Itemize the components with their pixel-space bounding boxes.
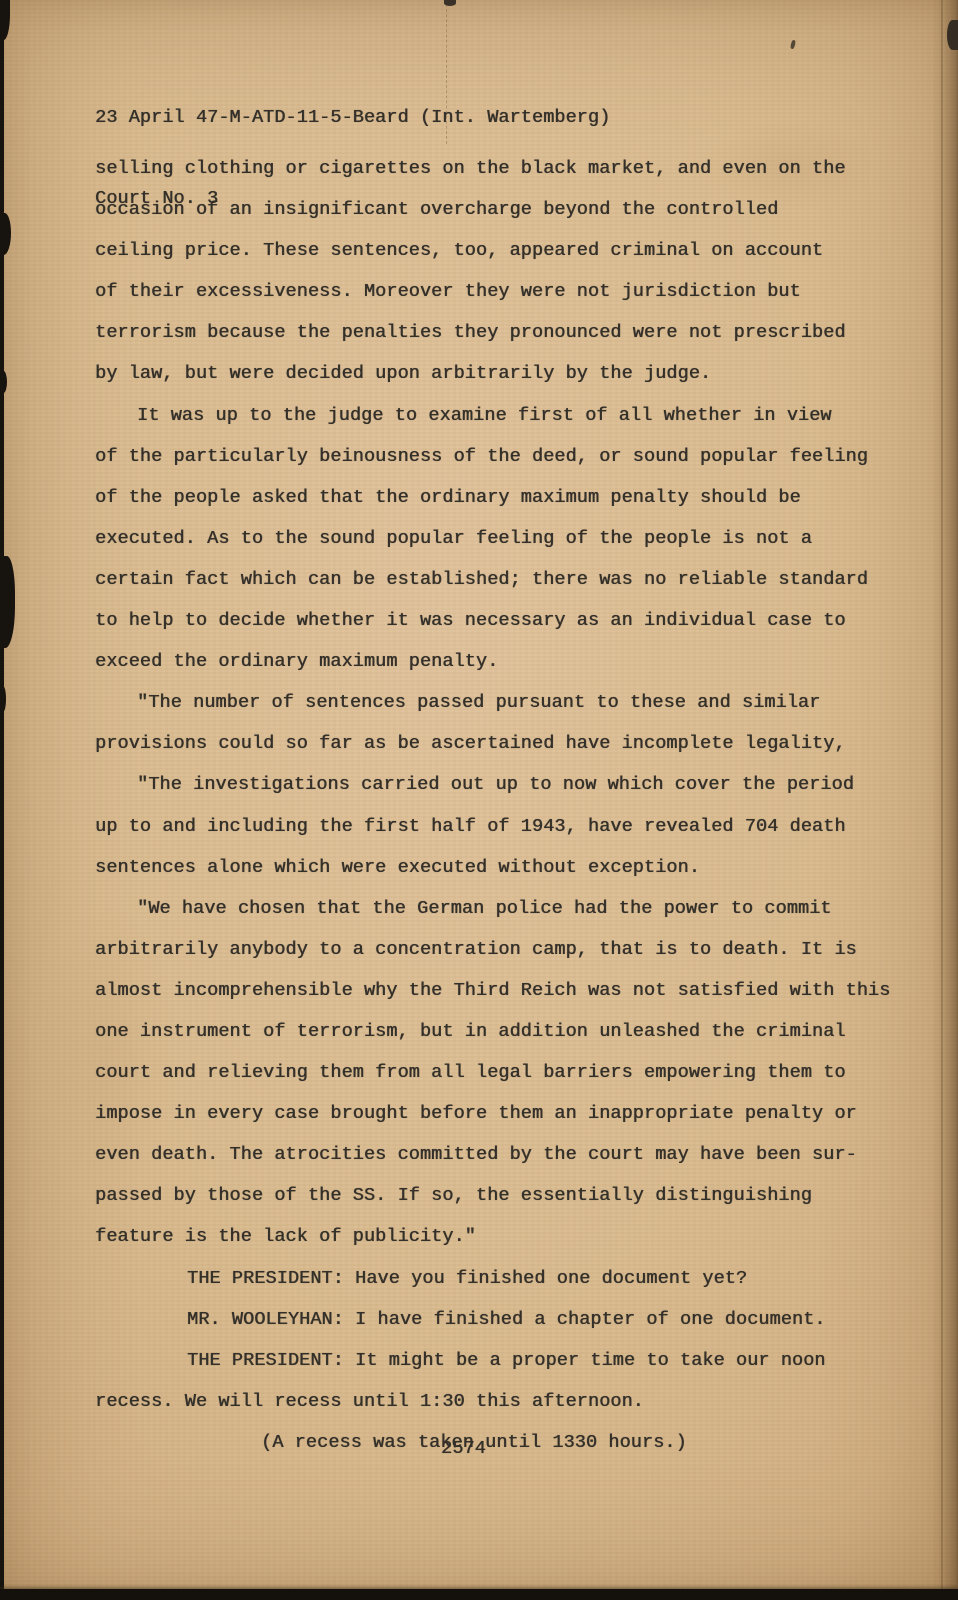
- typed-line: exceed the ordinary maximum penalty.: [95, 641, 890, 682]
- typed-line: even death. The atrocities committed by …: [95, 1134, 890, 1175]
- typed-line: provisions could so far as be ascertaine…: [95, 723, 890, 764]
- typed-line: up to and including the first half of 19…: [95, 806, 890, 847]
- typed-line: recess. We will recess until 1:30 this a…: [95, 1381, 890, 1422]
- typed-line: executed. As to the sound popular feelin…: [95, 518, 890, 559]
- typed-line: "The investigations carried out up to no…: [95, 764, 890, 805]
- typed-line: THE PRESIDENT: It might be a proper time…: [95, 1340, 890, 1381]
- ink-blob: [0, 371, 7, 393]
- typed-line: by law, but were decided upon arbitraril…: [95, 353, 890, 394]
- typed-line: It was up to the judge to examine first …: [95, 395, 890, 436]
- typed-line: to help to decide whether it was necessa…: [95, 600, 890, 641]
- typed-lines: selling clothing or cigarettes on the bl…: [95, 148, 890, 1463]
- typed-line: passed by those of the SS. If so, the es…: [95, 1175, 890, 1216]
- typed-line: of the particularly beinousness of the d…: [95, 436, 890, 477]
- page-number: 2574: [441, 1438, 486, 1459]
- scan-corner-mark: [0, 0, 10, 40]
- typed-line: "The number of sentences passed pursuant…: [95, 682, 890, 723]
- typed-line: feature is the lack of publicity.": [95, 1216, 890, 1257]
- typed-line: occasion of an insignificant overcharge …: [95, 189, 890, 230]
- typed-line: THE PRESIDENT: Have you finished one doc…: [95, 1258, 890, 1299]
- typed-line: ceiling price. These sentences, too, app…: [95, 230, 890, 271]
- typed-line: arbitrarily anybody to a concentration c…: [95, 929, 890, 970]
- ink-speck: [444, 0, 456, 6]
- typed-line: (A recess was taken until 1330 hours.): [95, 1422, 890, 1463]
- typed-line: terrorism because the penalties they pro…: [95, 312, 890, 353]
- typed-line: almost incomprehensible why the Third Re…: [95, 970, 890, 1011]
- ink-blob: [0, 686, 6, 712]
- typed-line: selling clothing or cigarettes on the bl…: [95, 148, 890, 189]
- typed-line: impose in every case brought before them…: [95, 1093, 890, 1134]
- header-dateline: 23 April 47-M-ATD-11-5-Beard (Int. Warte…: [95, 104, 610, 131]
- ink-blob: [0, 213, 11, 255]
- scan-bottom-edge: [0, 1589, 958, 1600]
- typed-line: one instrument of terrorism, but in addi…: [95, 1011, 890, 1052]
- typed-line: of the people asked that the ordinary ma…: [95, 477, 890, 518]
- page-right-edge: [932, 0, 958, 1600]
- ink-speck: [790, 40, 796, 50]
- typed-line: sentences alone which were executed with…: [95, 847, 890, 888]
- typed-line: MR. WOOLEYHAN: I have finished a chapter…: [95, 1299, 890, 1340]
- typed-line: court and relieving them from all legal …: [95, 1052, 890, 1093]
- scanned-transcript-page: 23 April 47-M-ATD-11-5-Beard (Int. Warte…: [0, 0, 958, 1600]
- scan-corner-mark: [947, 20, 958, 50]
- page-edge-seam: [941, 0, 943, 1600]
- typed-line: certain fact which can be established; t…: [95, 559, 890, 600]
- ink-blob: [0, 556, 15, 648]
- typed-line: of their excessiveness. Moreover they we…: [95, 271, 890, 312]
- typed-line: "We have chosen that the German police h…: [95, 888, 890, 929]
